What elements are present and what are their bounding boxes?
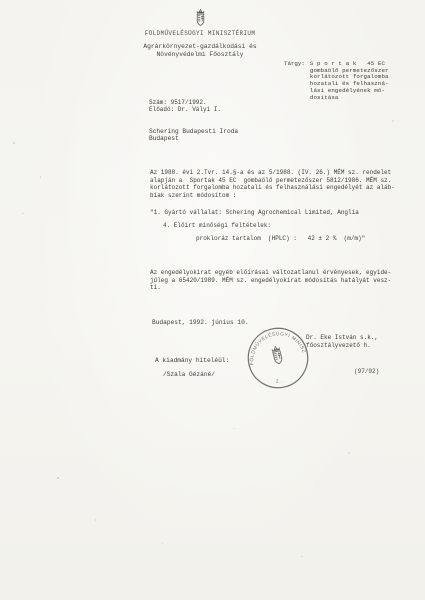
attestation-signature: /Szala Gézáné/: [163, 371, 215, 378]
addressee-block: Schering Budapesti Iroda Budapest: [149, 128, 238, 143]
attestation-label: A kiadmány hiteléül:: [155, 357, 229, 364]
scan-speck: [392, 120, 394, 122]
reference-block: Szám: 9517/1992. Előadó: Dr. Vályi I.: [149, 99, 221, 114]
subject-label: Tárgy:: [284, 61, 305, 101]
department-name: Agrárkörnyezet-gazdálkodási és Növényvéd…: [118, 43, 282, 58]
scan-speck: [22, 213, 24, 214]
subject-block: Tárgy: S p o r t a k 45 EC gombaölő perm…: [284, 61, 389, 101]
page-reference: (97/92): [354, 368, 379, 375]
clause-manufacturer: "1. Gyártó vállalat: Schering Agrochemic…: [150, 209, 359, 216]
scan-speck: [40, 176, 41, 178]
signature-block: Dr. Eke István s.k., főosztályvezető h.: [306, 334, 378, 349]
signer-name: Dr. Eke István s.k.,: [306, 334, 378, 341]
scan-speck: [233, 428, 235, 429]
signer-title: főosztályvezető h.: [306, 342, 371, 349]
date-line: Budapest, 1992. június 10.: [152, 319, 249, 326]
scan-speck: [348, 452, 350, 454]
clause-quality-value: prokloráz tartalom (HPLC) : 42 ± 2 % (m/…: [196, 235, 365, 242]
body-paragraph-2: Az engedélyokirat egyéb előírásai változ…: [150, 269, 391, 292]
scan-speck: [301, 556, 303, 557]
ministry-name: FÖLDMŰVELÉSÜGYI MINISZTÉRIUM: [118, 30, 282, 37]
clause-quality-label: 4. Előírt minőségi feltételek:: [163, 222, 271, 229]
scan-speck: [162, 543, 163, 544]
official-round-stamp: FÖLDMŰVELÉSÜGYI MINISZTÉRIUM 2.: [236, 318, 320, 399]
subject-text: S p o r t a k 45 EC gombaölő permetezősz…: [310, 61, 389, 101]
scan-speck: [95, 519, 96, 521]
letterhead: FÖLDMŰVELÉSÜGYI MINISZTÉRIUM Agrárkörnye…: [118, 9, 282, 58]
stamp-bottom-text: 2.: [275, 376, 286, 384]
body-paragraph-1: Az 1988. évi 2.Tvr. 14.§-a és az 5/1988.…: [150, 169, 395, 200]
scan-speck: [57, 477, 59, 479]
svg-text:2.: 2.: [275, 376, 286, 384]
hungarian-coat-of-arms-icon: [193, 9, 208, 28]
scanned-letter-page: FÖLDMŰVELÉSÜGYI MINISZTÉRIUM Agrárkörnye…: [0, 0, 425, 600]
stamp-coat-of-arms-icon: [271, 345, 283, 364]
scan-speck: [13, 142, 15, 144]
